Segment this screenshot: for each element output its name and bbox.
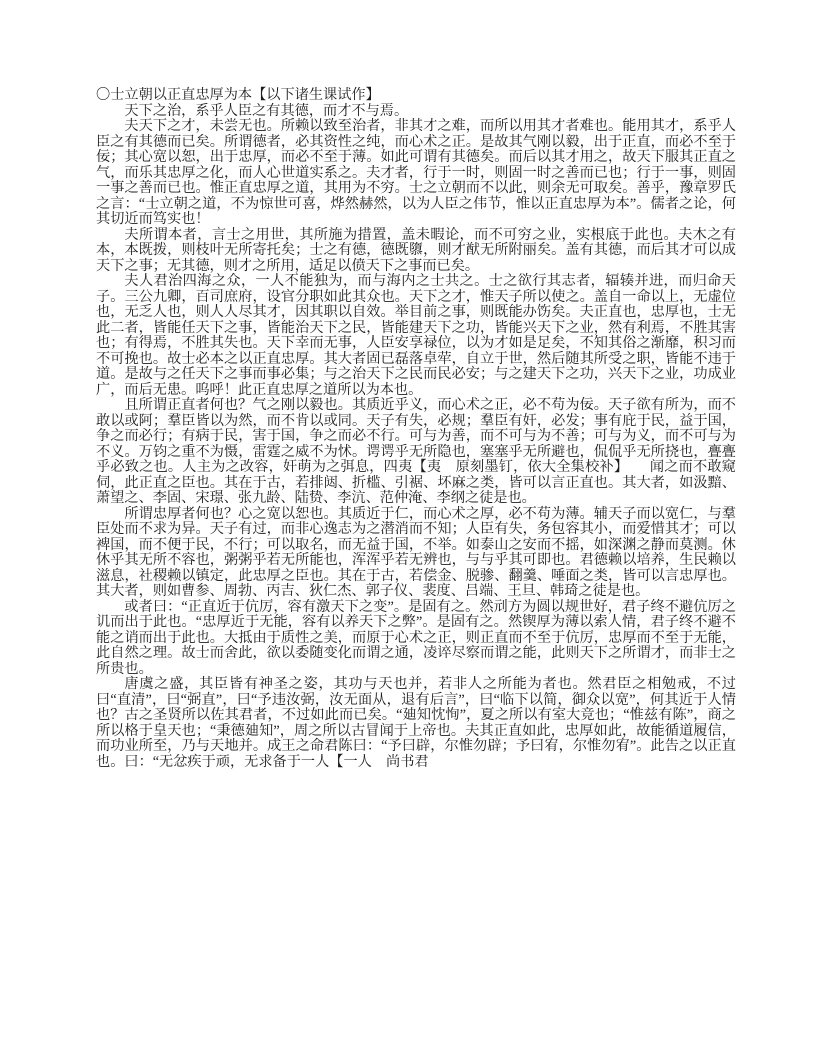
paragraph: 且所谓正直者何也？气之刚以毅也。其质近乎义，而心术之正，必不苟为佞。天子欲有所为…	[96, 398, 736, 507]
paragraph: 所谓忠厚者何也？心之宽以恕也。其质近于仁，而心术之厚，必不苟为薄。辅天子而以宽仁…	[96, 507, 736, 600]
document-page: 〇士立朝以正直忠厚为本【以下诸生课试作】 天下之治，系乎人臣之有其德，而才不与焉…	[0, 0, 816, 1056]
paragraph: 天下之治，系乎人臣之有其德，而才不与焉。	[96, 104, 736, 120]
paragraph: 唐虞之盛，其臣皆有神圣之姿，其功与天也并，若非人之所能为者也。然君臣之相勉戒，不…	[96, 677, 736, 770]
essay-title: 〇士立朝以正直忠厚为本【以下诸生课试作】	[96, 88, 736, 104]
paragraph: 夫天下之才，未尝无也。所赖以致至治者，非其才之难，而所以用其才者难也。能用其才，…	[96, 119, 736, 228]
paragraph: 夫所谓本者，言士之用世，其所施为措置，盖未暇论，而不可穷之业，实根底于此也。夫木…	[96, 228, 736, 275]
paragraph: 或者曰：“正直近于伉厉，容有激天下之变”。是固有之。然刓方为圆以规世好，君子终不…	[96, 600, 736, 678]
essay-text-block: 〇士立朝以正直忠厚为本【以下诸生课试作】 天下之治，系乎人臣之有其德，而才不与焉…	[96, 88, 736, 770]
paragraph: 夫人君治四海之众，一人不能独为，而与海内之士共之。士之欲行其志者，辐辏并进，而归…	[96, 274, 736, 398]
